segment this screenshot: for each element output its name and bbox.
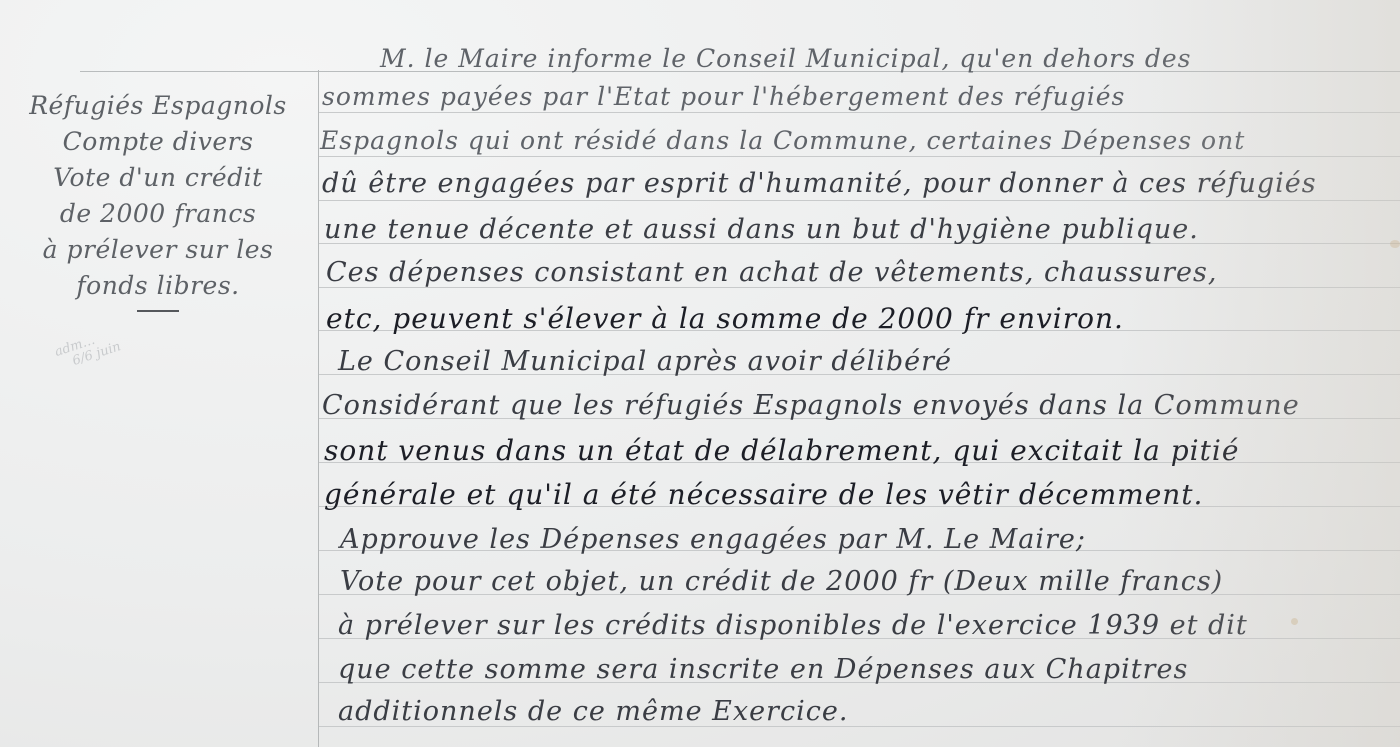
body-line: Espagnols qui ont résidé dans la Commune…	[320, 126, 1245, 155]
body-line: dû être engagées par esprit d'humanité, …	[322, 168, 1317, 199]
body-line: que cette somme sera inscrite en Dépense…	[338, 654, 1188, 685]
margin-note-line: Réfugiés Espagnols	[8, 88, 308, 124]
document-page: Réfugiés Espagnols Compte divers Vote d'…	[0, 0, 1400, 747]
body-line: additionnels de ce même Exercice.	[338, 696, 848, 727]
body-line: etc, peuvent s'élever à la somme de 2000…	[326, 302, 1124, 335]
margin-divider	[137, 310, 179, 312]
body-line: Ces dépenses consistant en achat de vête…	[326, 257, 1217, 288]
margin-note: Réfugiés Espagnols Compte divers Vote d'…	[8, 88, 308, 312]
margin-note-line: de 2000 francs	[8, 196, 308, 232]
body-line: à prélever sur les crédits disponibles d…	[338, 610, 1248, 641]
pencil-annotation: adm… 6/6 juin	[53, 327, 123, 373]
body-line: M. le Maire informe le Conseil Municipal…	[380, 44, 1192, 73]
body-line: Considérant que les réfugiés Espagnols e…	[322, 390, 1300, 421]
body-line: sont venus dans un état de délabrement, …	[324, 434, 1239, 467]
body-line: Approuve les Dépenses engagées par M. Le…	[340, 524, 1086, 555]
body-line: générale et qu'il a été nécessaire de le…	[324, 478, 1203, 511]
margin-note-line: fonds libres.	[8, 268, 308, 304]
margin-note-line: à prélever sur les	[8, 232, 308, 268]
margin-note-line: Vote d'un crédit	[8, 160, 308, 196]
minutes-body: M. le Maire informe le Conseil Municipal…	[318, 0, 1400, 747]
body-line: Vote pour cet objet, un crédit de 2000 f…	[340, 566, 1223, 597]
body-line: une tenue décente et aussi dans un but d…	[324, 214, 1199, 245]
margin-note-line: Compte divers	[8, 124, 308, 160]
body-line: sommes payées par l'Etat pour l'hébergem…	[322, 82, 1125, 111]
body-line: Le Conseil Municipal après avoir délibér…	[338, 346, 952, 377]
